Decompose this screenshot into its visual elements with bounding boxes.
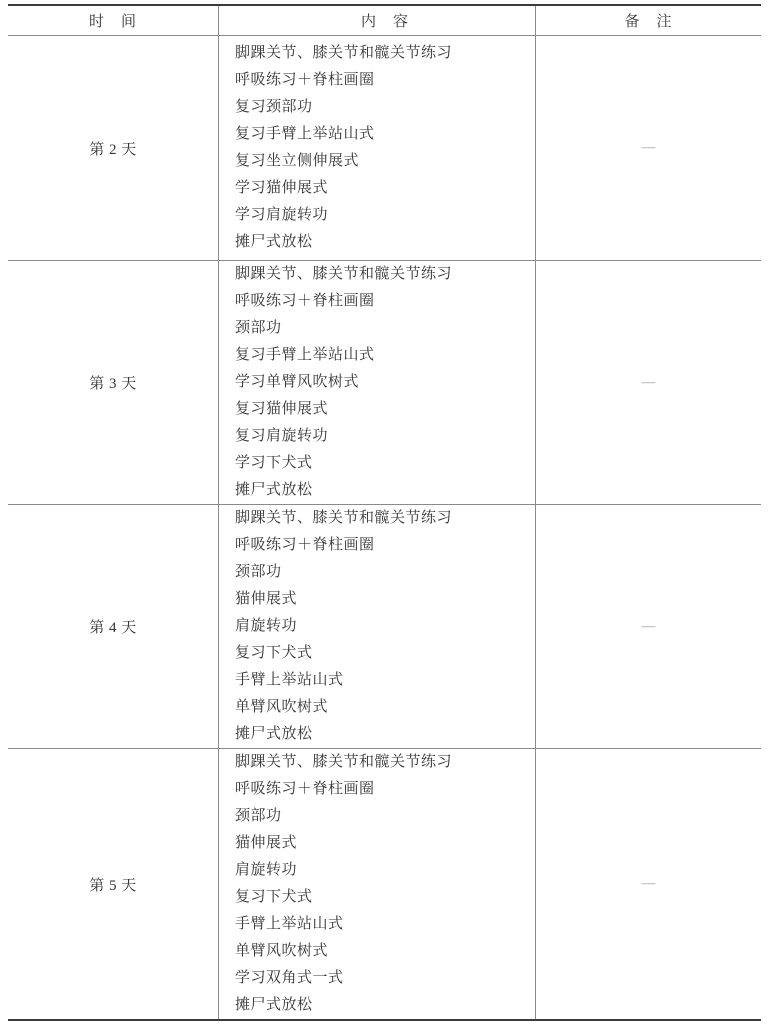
content-item: 手臂上举站山式	[235, 911, 535, 938]
day-label-cell: 第 4 天	[8, 505, 218, 748]
day-label-cell: 第 2 天	[8, 36, 218, 260]
content-item: 呼吸练习＋脊柱画圈	[235, 288, 535, 315]
table-row-day-4: 第 4 天 脚踝关节、膝关节和髋关节练习呼吸练习＋脊柱画圈颈部功猫伸展式肩旋转功…	[8, 505, 761, 749]
content-item: 脚踝关节、膝关节和髋关节练习	[235, 261, 535, 288]
content-list: 脚踝关节、膝关节和髋关节练习呼吸练习＋脊柱画圈颈部功猫伸展式肩旋转功复习下犬式手…	[218, 749, 536, 1019]
content-item: 脚踝关节、膝关节和髋关节练习	[235, 40, 535, 67]
content-item: 猫伸展式	[235, 586, 535, 613]
day-label: 第 5 天	[89, 874, 137, 895]
content-item: 肩旋转功	[235, 613, 535, 640]
content-item: 摊尸式放松	[235, 992, 535, 1019]
content-item: 猫伸展式	[235, 830, 535, 857]
content-item: 单臂风吹树式	[235, 694, 535, 721]
content-item: 学习下犬式	[235, 450, 535, 477]
content-item: 学习肩旋转功	[235, 202, 535, 229]
content-item: 肩旋转功	[235, 857, 535, 884]
table-row-day-2: 第 2 天 脚踝关节、膝关节和髋关节练习呼吸练习＋脊柱画圈复习颈部功复习手臂上举…	[8, 36, 761, 261]
table-row-day-3: 第 3 天 脚踝关节、膝关节和髋关节练习呼吸练习＋脊柱画圈颈部功复习手臂上举站山…	[8, 261, 761, 505]
day-label-cell: 第 5 天	[8, 749, 218, 1019]
content-item: 脚踝关节、膝关节和髋关节练习	[235, 505, 535, 532]
content-item: 呼吸练习＋脊柱画圈	[235, 776, 535, 803]
note-dash: —	[642, 375, 656, 391]
content-item: 学习双角式一式	[235, 965, 535, 992]
schedule-table: 时 间 内 容 备 注 第 2 天 脚踝关节、膝关节和髋关节练习呼吸练习＋脊柱画…	[8, 4, 761, 1021]
content-item: 摊尸式放松	[235, 477, 535, 504]
content-item: 复习肩旋转功	[235, 423, 535, 450]
note-cell: —	[536, 749, 761, 1019]
content-list: 脚踝关节、膝关节和髋关节练习呼吸练习＋脊柱画圈颈部功猫伸展式肩旋转功复习下犬式手…	[218, 505, 536, 748]
content-item: 呼吸练习＋脊柱画圈	[235, 67, 535, 94]
content-list: 脚踝关节、膝关节和髋关节练习呼吸练习＋脊柱画圈颈部功复习手臂上举站山式学习单臂风…	[218, 261, 536, 504]
content-item: 颈部功	[235, 803, 535, 830]
content-item: 复习下犬式	[235, 640, 535, 667]
content-item: 复习下犬式	[235, 884, 535, 911]
day-label: 第 3 天	[89, 372, 137, 393]
day-label: 第 4 天	[89, 616, 137, 637]
table-header-row: 时 间 内 容 备 注	[8, 6, 761, 36]
content-item: 复习颈部功	[235, 94, 535, 121]
content-item: 手臂上举站山式	[235, 667, 535, 694]
content-item: 颈部功	[235, 315, 535, 342]
header-time: 时 间	[8, 6, 218, 35]
yoga-schedule-page: 时 间 内 容 备 注 第 2 天 脚踝关节、膝关节和髋关节练习呼吸练习＋脊柱画…	[0, 0, 769, 1028]
header-note: 备 注	[536, 6, 761, 35]
content-item: 复习手臂上举站山式	[235, 342, 535, 369]
note-dash: —	[642, 876, 656, 892]
day-label-cell: 第 3 天	[8, 261, 218, 504]
content-item: 复习猫伸展式	[235, 396, 535, 423]
note-cell: —	[536, 505, 761, 748]
content-item: 复习坐立侧伸展式	[235, 148, 535, 175]
table-row-day-5: 第 5 天 脚踝关节、膝关节和髋关节练习呼吸练习＋脊柱画圈颈部功猫伸展式肩旋转功…	[8, 749, 761, 1019]
note-dash: —	[642, 619, 656, 635]
content-item: 学习猫伸展式	[235, 175, 535, 202]
content-item: 呼吸练习＋脊柱画圈	[235, 532, 535, 559]
day-label: 第 2 天	[89, 138, 137, 159]
header-content: 内 容	[218, 6, 536, 35]
content-item: 脚踝关节、膝关节和髋关节练习	[235, 749, 535, 776]
note-cell: —	[536, 36, 761, 260]
content-list: 脚踝关节、膝关节和髋关节练习呼吸练习＋脊柱画圈复习颈部功复习手臂上举站山式复习坐…	[218, 36, 536, 260]
content-item: 颈部功	[235, 559, 535, 586]
note-cell: —	[536, 261, 761, 504]
content-item: 学习单臂风吹树式	[235, 369, 535, 396]
content-item: 复习手臂上举站山式	[235, 121, 535, 148]
content-item: 摊尸式放松	[235, 721, 535, 748]
content-item: 单臂风吹树式	[235, 938, 535, 965]
note-dash: —	[642, 140, 656, 156]
content-item: 摊尸式放松	[235, 229, 535, 256]
